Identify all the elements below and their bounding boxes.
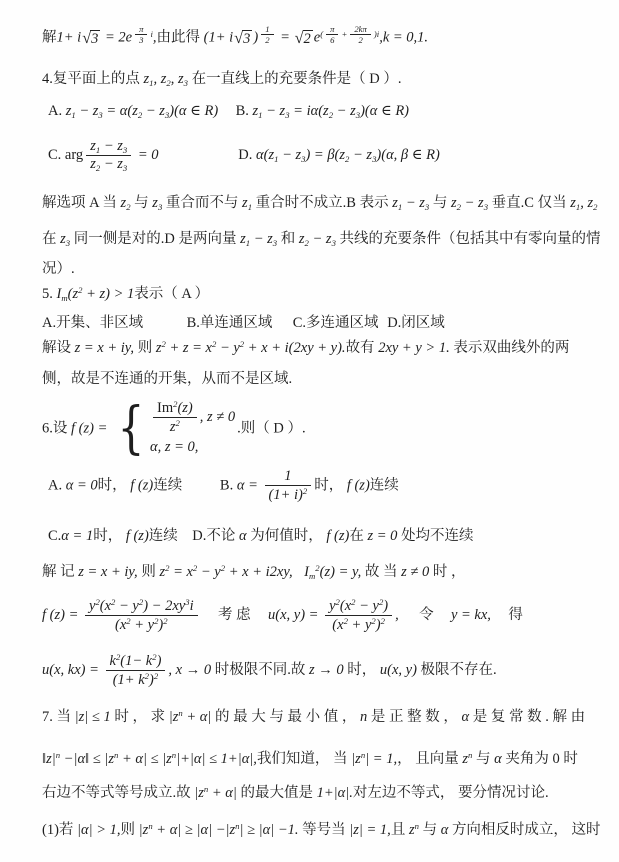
superscript: 12 — [258, 24, 276, 46]
text-run: 等号当 — [299, 822, 350, 838]
fraction-numerator: z1 − z3 — [86, 138, 131, 155]
math-run: 2kπ — [354, 24, 367, 34]
math-run: − y — [115, 598, 138, 614]
fraction-numerator: y2(x2 − y2) — [325, 597, 392, 615]
text-run: 在 — [42, 231, 60, 247]
math-run: f (z) — [347, 478, 370, 494]
superscript: 2 — [176, 418, 180, 428]
text-run: arg — [65, 147, 83, 163]
math-run: = 0 — [134, 147, 158, 163]
text-run: B. — [236, 103, 253, 119]
fraction-denominator: (x2 + y2)2 — [325, 615, 392, 634]
text-run: 时极限不同.故 — [211, 662, 309, 678]
superscript: 2 — [381, 616, 385, 626]
math-run: 6 — [330, 35, 334, 45]
text-line: A. z1 − z3 = α(z2 − z3)(α ∈ R)B. z1 − z3… — [48, 101, 611, 123]
fraction-denominator: (x2 + y2)2 — [85, 615, 198, 634]
math-run: , x → 0 — [168, 662, 211, 678]
math-run: + α| — [183, 709, 212, 725]
text-run: 右边不等式等号成立.故 — [42, 785, 194, 801]
text-line: 4.复平面上的点 z1, z2, z3 在一直线上的充要条件是（ D ）. — [42, 69, 611, 91]
text-run: A. — [48, 478, 66, 494]
math-run: i — [190, 598, 194, 614]
math-run: α, z = 0, — [150, 437, 198, 459]
math-run: )(α ∈ R) — [169, 103, 218, 119]
math-run: 3 — [139, 35, 143, 45]
math-run: 1+|α|. — [317, 785, 353, 801]
superscript: π3i — [132, 24, 153, 46]
math-run: 1+ i — [57, 30, 82, 46]
text-run: 则 — [134, 340, 156, 356]
math-run: − z — [142, 103, 165, 119]
text-line: f (z) = y2(x2 − y2) − 2xy3i(x2 + y2)2考 虑… — [42, 597, 611, 634]
text-run: C. — [48, 528, 61, 544]
fraction-numerator: 2kπ — [350, 24, 371, 34]
subscript: 3 — [123, 145, 127, 155]
math-run: , z ≠ 0 — [200, 407, 235, 429]
math-run: + α| ≤ |z — [118, 751, 171, 767]
math-run: − z — [76, 103, 99, 119]
math-run: z ≠ 0 — [401, 564, 429, 580]
math-run: (x — [100, 598, 111, 614]
radicand: 3 — [242, 30, 252, 48]
fraction-denominator: 2 — [350, 34, 371, 45]
text-run: 连续 — [153, 478, 182, 494]
fraction: π3 — [135, 24, 147, 46]
math-run: |z| = 1, — [349, 822, 391, 838]
text-run: 处均不连续 — [397, 528, 473, 544]
text-line: 况）. — [42, 259, 611, 281]
radical: √2 — [295, 30, 313, 48]
fraction-numerator: Im2(z) — [153, 399, 197, 417]
math-run: (z) — [177, 400, 192, 416]
text-run: 解 — [42, 30, 57, 46]
text-run: 时， — [314, 478, 347, 494]
text-run: 6.设 — [42, 420, 71, 436]
math-run: − z — [461, 195, 484, 211]
math-run: α — [494, 751, 502, 767]
text-run: A.开集、非区域 — [42, 315, 143, 331]
text-line: 右边不等式等号成立.故 |zn + α| 的最大值是 1+|α|.对左边不等式，… — [42, 783, 611, 805]
math-run: α = 0 — [66, 478, 98, 494]
text-run: 方向相反时成立， 这时 — [448, 822, 600, 838]
math-run: − z — [309, 231, 332, 247]
text-line: 侧，故是不连通的开集，从而不是区域. — [42, 369, 611, 391]
text-run: 况）. — [42, 261, 75, 277]
math-run: (1+ k — [113, 672, 145, 688]
text-run: 故 当 — [361, 564, 401, 580]
radicand: 3 — [90, 30, 100, 48]
fraction-denominator: (1+ k2)2 — [106, 670, 166, 689]
text-run: 考 虑 — [218, 607, 251, 623]
math-run: + α| — [208, 785, 237, 801]
math-run: z = x + iy, — [75, 340, 134, 356]
math-run: = 2e — [101, 30, 132, 46]
math-run: − y — [216, 340, 239, 356]
text-run: 的 最 大 与 最 小 值 ， — [211, 709, 360, 725]
math-run: | ≥ |α| −1. — [239, 822, 298, 838]
math-run: − z — [250, 231, 273, 247]
math-run: y = kx, — [451, 607, 491, 623]
math-run: − y — [355, 598, 378, 614]
text-run: 解设 — [42, 340, 75, 356]
math-run: + x + i(2xy + y). — [244, 340, 345, 356]
fraction: y2(x2 − y2)(x2 + y2)2 — [325, 597, 392, 634]
math-run: α = — [237, 478, 262, 494]
math-run: |z — [351, 751, 361, 767]
math-run: (x — [115, 617, 126, 633]
math-run: = α(z — [103, 103, 138, 119]
text-run: 与 — [131, 195, 153, 211]
text-line: 解 记 z = x + iy, 则 z2 = x2 − y2 + x + i2x… — [42, 562, 611, 584]
piecewise-function: {Im2(z)z2, z ≠ 0α, z = 0, — [113, 399, 235, 459]
math-run: |z — [194, 785, 204, 801]
fraction-denominator: z2 − z3 — [86, 155, 131, 173]
text-run: 时， — [93, 528, 126, 544]
text-run: 与 — [472, 751, 494, 767]
math-run: + α| ≥ |α| −|z — [153, 822, 235, 838]
math-run: |z| ≤ 1 — [75, 709, 111, 725]
text-run: 极限不存在. — [417, 662, 497, 678]
text-run: 解 记 — [42, 564, 78, 580]
text-run: 在一直线上的充要条件是（ D ）. — [188, 71, 401, 87]
fraction: 1(1+ i)2 — [265, 468, 312, 505]
text-run: 的最大值是 — [237, 785, 317, 801]
math-run: − z — [349, 147, 372, 163]
text-run: 表示（ A ） — [134, 286, 209, 302]
text-run: 连续 — [370, 478, 399, 494]
fraction: y2(x2 − y2) − 2xy3i(x2 + y2)2 — [85, 597, 198, 634]
fraction-denominator: 6 — [326, 34, 338, 45]
radicand: 2 — [303, 30, 313, 48]
radical: √3 — [82, 30, 100, 48]
math-run: − z — [278, 147, 301, 163]
fraction: 12 — [261, 24, 273, 46]
math-run: |α| > 1, — [77, 822, 121, 838]
text-line: A. α = 0时， f (z)连续B. α = 1(1+ i)2时， f (z… — [48, 468, 611, 505]
text-run: 我们知道， 当 — [257, 751, 351, 767]
math-run: ) — [383, 598, 388, 614]
math-run: ) − 2xy — [143, 598, 185, 614]
text-run: 共线的充要条件（包括其中有零向量的情 — [336, 231, 601, 247]
fraction-denominator: 2 — [261, 34, 273, 45]
fraction: Im2(z)z2 — [153, 399, 197, 436]
fraction-numerator: 1 — [265, 468, 312, 485]
math-run: − z — [402, 195, 425, 211]
text-run: (1)若 — [42, 822, 77, 838]
text-run: 是 复 常 数 . 解 由 — [469, 709, 585, 725]
math-run: (1+ i — [204, 30, 234, 46]
text-line: u(x, kx) = k2(1− k2)(1+ k2)2, x → 0 时极限不… — [42, 652, 611, 689]
text-run: D.闭区域 — [387, 315, 445, 331]
math-run: f (z) = — [71, 420, 111, 436]
math-run: + x + i2xy, — [225, 564, 292, 580]
text-run: 则 — [138, 564, 160, 580]
math-run: z = x + iy, — [78, 564, 137, 580]
text-run: A. — [48, 103, 66, 119]
math-run: (1+ i) — [269, 487, 303, 503]
superscript: 2 — [154, 671, 158, 681]
fraction: π6 — [326, 24, 338, 46]
subscript: 3 — [123, 163, 127, 173]
math-run: − z — [263, 103, 286, 119]
text-run: 故有 — [346, 340, 379, 356]
fraction-numerator: k2(1− k2) — [106, 652, 166, 670]
math-run: |z — [139, 822, 149, 838]
math-run: π — [330, 24, 334, 34]
math-run: 2xy + y > 1. — [378, 340, 450, 356]
math-run: 1 — [265, 24, 269, 34]
fraction-numerator: π — [326, 24, 338, 34]
text-line: 6.设 f (z) = {Im2(z)z2, z ≠ 0α, z = 0,.则（… — [42, 399, 611, 459]
text-run: 时， — [344, 662, 380, 678]
math-run: ‖z| — [42, 751, 56, 767]
math-run: u(x, y) — [380, 662, 417, 678]
text-run: 4.复平面上的点 — [42, 71, 144, 87]
text-line: C.α = 1时， f (z)连续D.不论 α 为何值时， f (z)在 z =… — [48, 526, 611, 548]
superscript: (π6+2kπ2)i — [320, 24, 379, 46]
text-run: 是 正 整 数 ， — [367, 709, 461, 725]
math-run: + z) > 1 — [82, 286, 134, 302]
text-line: 解选项 A 当 z2 与 z3 重合而不与 z1 重合时不成立.B 表示 z1 … — [42, 193, 611, 215]
math-run: + — [341, 29, 347, 39]
math-run: −|α‖ ≤ |z — [60, 751, 114, 767]
piecewise-rows: Im2(z)z2, z ≠ 0α, z = 0, — [150, 399, 235, 459]
math-run: u(x, kx) = — [42, 662, 103, 678]
math-run: − z — [100, 138, 123, 154]
math-run: − y — [197, 564, 220, 580]
text-run: 表示双曲线外的两 — [450, 340, 570, 356]
radical: √3 — [234, 30, 252, 48]
math-run: 3 — [91, 31, 98, 47]
math-run: α(z — [256, 147, 274, 163]
text-run: 垂直.C 仅当 — [488, 195, 570, 211]
math-run: + z = x — [166, 340, 212, 356]
math-run: , z — [154, 71, 167, 87]
math-run: π — [139, 24, 143, 34]
text-run: 与 — [429, 195, 451, 211]
math-run: 3 — [243, 31, 250, 47]
math-run: f (z) = — [42, 607, 82, 623]
math-run: ,k = 0,1. — [379, 30, 428, 46]
text-run: C.多连通区域 — [293, 315, 379, 331]
math-run: (1− k — [120, 653, 152, 669]
math-run: (z) = y, — [320, 564, 362, 580]
math-run: + y — [131, 617, 154, 633]
text-run: ， 且向量 — [397, 751, 462, 767]
text-line: 5. Im(z2 + z) > 1表示（ A ） — [42, 284, 611, 306]
text-run: 时 ， — [429, 564, 465, 580]
math-run: − z — [333, 103, 356, 119]
math-run: z → 0 — [309, 662, 344, 678]
text-run: 时 ， 求 — [111, 709, 169, 725]
text-run: 则 — [121, 822, 139, 838]
math-run: (x — [340, 598, 351, 614]
math-run: α = 1 — [61, 528, 93, 544]
math-run: 2 — [304, 31, 311, 47]
text-run: 和 — [277, 231, 299, 247]
math-run: ( — [320, 29, 323, 39]
math-run: |z — [169, 709, 179, 725]
text-run: 重合时不成立.B 表示 — [252, 195, 392, 211]
math-run: | = 1, — [365, 751, 397, 767]
text-run: B. — [220, 478, 237, 494]
math-run: 2 — [358, 35, 362, 45]
text-line: 解设 z = x + iy, 则 z2 + z = x2 − y2 + x + … — [42, 338, 611, 360]
text-run: 令 — [419, 607, 434, 623]
math-run: , — [395, 607, 399, 623]
text-run: 与 — [419, 822, 441, 838]
text-run: 7. 当 — [42, 709, 75, 725]
text-line: (1)若 |α| > 1,则 |zn + α| ≥ |α| −|zn| ≥ |α… — [42, 820, 611, 842]
fraction: z1 − z3z2 − z3 — [86, 138, 131, 174]
math-run: α — [461, 709, 469, 725]
math-run: + y — [348, 617, 371, 633]
piecewise-row: Im2(z)z2, z ≠ 0 — [150, 399, 235, 436]
math-run: z = 0 — [368, 528, 398, 544]
text-line: A.开集、非区域B.单连通区域C.多连通区域D.闭区域 — [42, 313, 611, 335]
text-line: 解1+ i√3 = 2eπ3i,由此得 (1+ i√3)12 = √2e(π6+… — [42, 24, 611, 49]
fraction-numerator: y2(x2 − y2) − 2xy3i — [85, 597, 198, 615]
text-run: 由此得 — [157, 30, 204, 46]
math-run: , z — [171, 71, 184, 87]
text-run: C. — [48, 147, 65, 163]
text-run: .则（ D ）. — [237, 420, 305, 436]
text-run: 5. — [42, 286, 57, 302]
fraction-numerator: 1 — [261, 24, 273, 34]
left-brace-icon: { — [117, 406, 144, 451]
text-run: 侧，故是不连通的开集，从而不是区域. — [42, 371, 292, 387]
math-run: f (z) — [126, 528, 149, 544]
fraction-numerator: π — [135, 24, 147, 34]
math-run: |+|α| ≤ 1+|α|, — [176, 751, 257, 767]
math-run: (x — [332, 617, 343, 633]
text-run: 在 — [349, 528, 367, 544]
piecewise-row: α, z = 0, — [150, 437, 235, 459]
math-run: ) — [157, 653, 162, 669]
superscript: 2 — [303, 486, 307, 496]
math-run: α — [239, 528, 247, 544]
math-run: 2 — [265, 35, 269, 45]
text-line: 在 z3 同一侧是对的.D 是两向量 z1 − z3 和 z2 − z3 共线的… — [42, 229, 611, 251]
text-run: 同一侧是对的.D 是两向量 — [70, 231, 240, 247]
text-run: Im — [157, 400, 173, 416]
math-run: ) = β(z — [305, 147, 345, 163]
fraction-denominator: (1+ i)2 — [265, 485, 312, 504]
text-run: 为何值时， — [247, 528, 327, 544]
text-run: B.单连通区域 — [187, 315, 273, 331]
superscript: 2 — [163, 616, 167, 626]
fraction-denominator: z2 — [153, 417, 197, 436]
text-run: 连续 — [149, 528, 178, 544]
subscript: 2 — [593, 201, 597, 214]
math-run: = iα(z — [290, 103, 329, 119]
math-run: = x — [169, 564, 192, 580]
text-run: 得 — [508, 607, 523, 623]
text-run: 解选项 A 当 — [42, 195, 121, 211]
math-run: f (z) — [326, 528, 349, 544]
text-line: C. argz1 − z3z2 − z3 = 0D. α(z1 − z3) = … — [48, 138, 611, 174]
text-run: D. — [238, 147, 256, 163]
text-run: 时， — [98, 478, 131, 494]
math-run: , z — [580, 195, 593, 211]
math-run: u(x, y) = — [268, 607, 322, 623]
math-run: 1 — [284, 468, 291, 484]
fraction-denominator: 3 — [135, 34, 147, 45]
math-run: (z — [68, 286, 78, 302]
text-line: 7. 当 |z| ≤ 1 时 ， 求 |zn + α| 的 最 大 与 最 小 … — [42, 707, 611, 729]
text-run: 且 — [391, 822, 409, 838]
math-run: )(α, β ∈ R) — [376, 147, 439, 163]
text-run: 对左边不等式， 要分情况讨论. — [353, 785, 549, 801]
text-run: 重合而不与 — [162, 195, 242, 211]
math-run: )(α ∈ R) — [360, 103, 409, 119]
document-page: 解1+ i√3 = 2eπ3i,由此得 (1+ i√3)12 = √2e(π6+… — [0, 0, 619, 862]
fraction: k2(1− k2)(1+ k2)2 — [106, 652, 166, 689]
text-line: ‖z|n −|α‖ ≤ |zn + α| ≤ |zn|+|α| ≤ 1+|α|,… — [42, 749, 611, 771]
fraction: 2kπ2 — [350, 24, 371, 46]
text-run: D.不论 — [192, 528, 239, 544]
text-run: 夹角为 0 时 — [502, 751, 578, 767]
math-run: = — [277, 30, 294, 46]
math-run: f (z) — [130, 478, 153, 494]
math-run: − z — [100, 156, 123, 172]
